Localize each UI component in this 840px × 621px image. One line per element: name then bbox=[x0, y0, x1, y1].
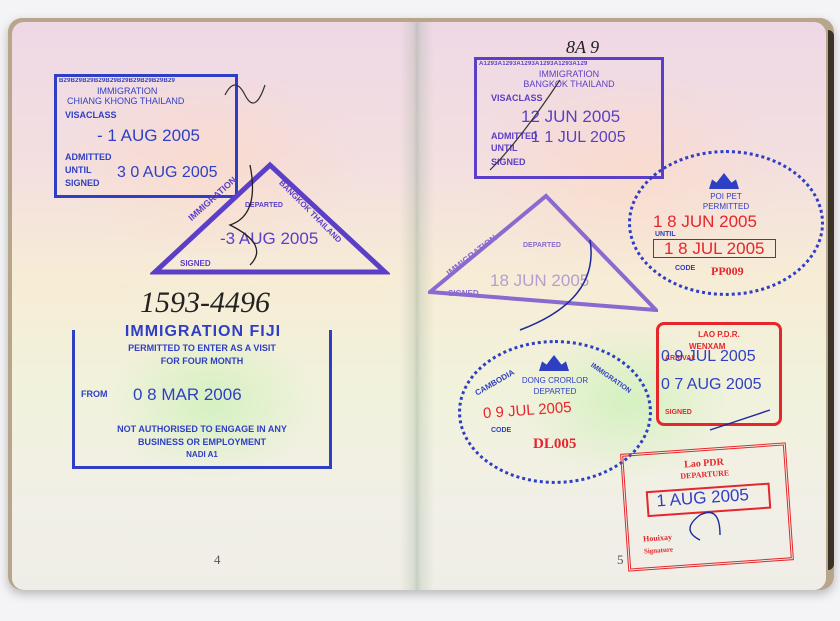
signed-label: SIGNED bbox=[448, 290, 479, 298]
until-label: UNTIL bbox=[491, 144, 518, 153]
signed-label: SIGNED bbox=[180, 260, 211, 268]
stamp-location: BANGKOK THAILAND bbox=[477, 80, 661, 89]
visa-label: VISACLASS bbox=[491, 94, 543, 103]
stamp-location: CHIANG KHONG THAILAND bbox=[67, 97, 184, 106]
handwritten-note: 8A 9 bbox=[566, 38, 599, 56]
departure-date: 0 9 JUL 2005 bbox=[483, 400, 573, 421]
stamp-title: LAO P.D.R. bbox=[659, 331, 779, 339]
departure-date: 18 JUN 2005 bbox=[490, 272, 589, 289]
entry-date: 12 JUN 2005 bbox=[521, 108, 620, 125]
stamp-location: POI PET bbox=[631, 193, 821, 201]
code-label: CODE bbox=[491, 427, 511, 434]
stamp-lao-arrival: LAO P.D.R. WENXAM ARRIVAL 0 9 JUL 2005 0… bbox=[656, 322, 782, 426]
entry-date: 0 8 MAR 2006 bbox=[133, 386, 242, 403]
page-number-left: 4 bbox=[214, 552, 221, 568]
stamp-line: BUSINESS OR EMPLOYMENT bbox=[75, 438, 329, 447]
entry-date: - 1 AUG 2005 bbox=[97, 127, 200, 144]
stamp-status: DEPARTED bbox=[523, 242, 561, 249]
entry-date: 0 9 JUL 2005 bbox=[661, 349, 756, 365]
until-date: 1 8 JUL 2005 bbox=[653, 239, 776, 258]
handwritten-number: 1593-4496 bbox=[140, 288, 270, 318]
admitted-label: ADMITTED bbox=[65, 153, 112, 162]
until-label: UNTIL bbox=[655, 231, 676, 238]
stamp-fiji: IMMIGRATION FIJI PERMITTED TO ENTER AS A… bbox=[72, 330, 332, 469]
stamp-location: DONG CRORLOR bbox=[461, 377, 649, 385]
signed-label: SIGNED bbox=[491, 158, 526, 167]
until-date: 1 1 JUL 2005 bbox=[531, 130, 626, 146]
stamp-status: DEPARTED bbox=[245, 202, 283, 209]
port-code: NADI A1 bbox=[75, 451, 329, 459]
stamp-border-code: A1293A1293A1293A1293A1293A129 bbox=[479, 61, 657, 67]
code-label: CODE bbox=[675, 265, 695, 272]
stamp-status: DEPARTED bbox=[461, 388, 649, 396]
signed-label: SIGNED bbox=[665, 409, 692, 416]
stamp-line: NOT AUTHORISED TO ENGAGE IN ANY bbox=[75, 425, 329, 434]
angkor-emblem-icon bbox=[539, 355, 569, 371]
angkor-emblem-icon bbox=[709, 173, 739, 189]
stamp-line: FOR FOUR MONTH bbox=[75, 357, 329, 366]
stamp-bangkok-arrival: A1293A1293A1293A1293A1293A129 IMMIGRATIO… bbox=[474, 57, 664, 179]
code-value: DL005 bbox=[533, 437, 576, 452]
stamp-lao-departure: Lao PDR DEPARTURE 1 AUG 2005 Houixay Sig… bbox=[620, 442, 794, 571]
stamp-line: PERMITTED TO ENTER AS A VISIT bbox=[75, 344, 329, 353]
code-value: PP009 bbox=[711, 265, 744, 277]
stamp-border-code: B29B29B29B29B29B29B29B29B29B29 bbox=[59, 78, 229, 84]
stamp-title: IMMIGRATION bbox=[477, 70, 661, 79]
departure-date: -3 AUG 2005 bbox=[220, 230, 318, 247]
stamp-aranya-departed: DEPARTED 18 JUN 2005 SIGNED IMMIGRATION bbox=[428, 192, 658, 317]
stamp-location: Houixay bbox=[643, 534, 672, 544]
until-label: UNTIL bbox=[65, 166, 92, 175]
visa-label: VISACLASS bbox=[65, 111, 117, 120]
stamp-title: IMMIGRATION bbox=[97, 87, 157, 96]
stamp-title: IMMIGRATION FIJI bbox=[63, 324, 343, 340]
signature-label: Signature bbox=[644, 546, 673, 555]
stamp-bangkok-departed: DEPARTED -3 AUG 2005 SIGNED IMMIGRATION … bbox=[150, 160, 390, 275]
cover-edge bbox=[828, 30, 834, 570]
signed-label: SIGNED bbox=[65, 179, 100, 188]
from-label: FROM bbox=[81, 390, 108, 399]
stamp-status: PERMITTED bbox=[631, 203, 821, 211]
entry-date: 1 8 JUN 2005 bbox=[653, 213, 757, 230]
until-date: 0 7 AUG 2005 bbox=[661, 377, 762, 393]
page-number-right: 5 bbox=[617, 552, 624, 568]
